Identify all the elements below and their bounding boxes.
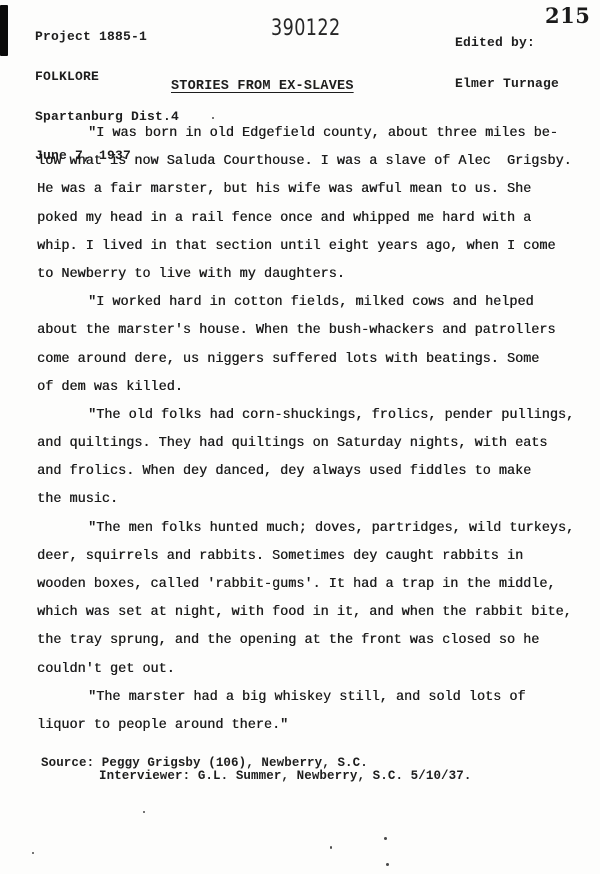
scan-speckle <box>386 863 389 866</box>
scan-speckle <box>212 117 214 119</box>
body-line: to Newberry to live with my daughters. <box>37 261 587 289</box>
project-line: Project 1885-1 <box>35 30 179 43</box>
page-number: 215 <box>545 3 590 28</box>
body-line: low what is now Saluda Courthouse. I was… <box>37 148 587 176</box>
scan-speckle <box>384 837 387 840</box>
body-line: "The men folks hunted much; doves, partr… <box>37 515 587 543</box>
body-line: "The marster had a big whiskey still, an… <box>37 684 587 712</box>
body-line: the music. <box>37 486 587 514</box>
interviewer-line: Interviewer: G.L. Summer, Newberry, S.C.… <box>41 770 471 783</box>
body-line: about the marster's house. When the bush… <box>37 317 587 345</box>
body-line: "I was born in old Edgefield county, abo… <box>37 120 587 148</box>
body-line: "I worked hard in cotton fields, milked … <box>37 289 587 317</box>
body-line: wooden boxes, called 'rabbit-gums'. It h… <box>37 571 587 599</box>
source-block: Source: Peggy Grigsby (106), Newberry, S… <box>41 757 471 783</box>
scan-speckle <box>143 811 145 813</box>
editor-name: Elmer Turnage <box>455 77 559 91</box>
scan-speckle <box>330 846 332 849</box>
body-line: and quiltings. They had quiltings on Sat… <box>37 430 587 458</box>
body-line: which was set at night, with food in it,… <box>37 599 587 627</box>
body-line: and frolics. When dey danced, dey always… <box>37 458 587 486</box>
body-line: deer, squirrels and rabbits. Sometimes d… <box>37 543 587 571</box>
body-line: of dem was killed. <box>37 374 587 402</box>
body-line: He was a fair marster, but his wife was … <box>37 176 587 204</box>
body-line: poked my head in a rail fence once and w… <box>37 205 587 233</box>
body-line: couldn't get out. <box>37 656 587 684</box>
body-line: "The old folks had corn-shuckings, froli… <box>37 402 587 430</box>
edited-by-label: Edited by: <box>455 36 559 50</box>
narrative-body: "I was born in old Edgefield county, abo… <box>37 120 587 740</box>
body-line: whip. I lived in that section until eigh… <box>37 233 587 261</box>
document-page: Project 1885-1 FOLKLORE Spartanburg Dist… <box>0 0 600 874</box>
scan-speckle <box>32 852 34 854</box>
document-title: STORIES FROM EX-SLAVES <box>171 79 354 94</box>
scan-edge-artifact <box>0 5 8 56</box>
folklore-line: FOLKLORE <box>35 70 179 83</box>
body-line: liquor to people around there." <box>37 712 587 740</box>
body-line: come around dere, us niggers suffered lo… <box>37 346 587 374</box>
source-line: Source: Peggy Grigsby (106), Newberry, S… <box>41 757 471 770</box>
stamp-number: 390122 <box>271 16 341 41</box>
edited-by-block: Edited by: Elmer Turnage <box>455 8 559 118</box>
body-line: the tray sprung, and the opening at the … <box>37 627 587 655</box>
